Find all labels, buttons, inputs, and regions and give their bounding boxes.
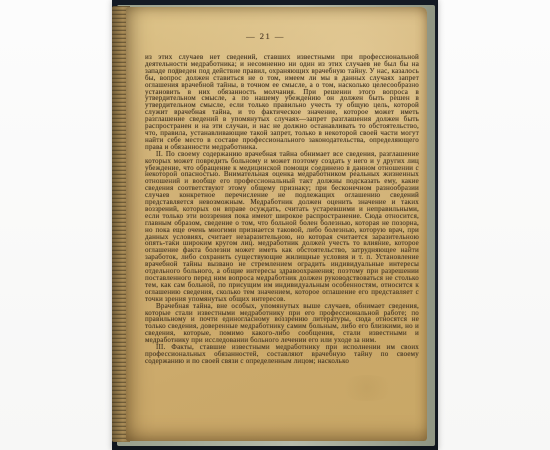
- page-number: — 21 —: [126, 31, 405, 41]
- page-text: из этих случаев нет сведений, ставших из…: [145, 54, 419, 365]
- photo-background: — 21 — из этих случаев нет сведений, ста…: [0, 0, 550, 450]
- paper-stain: [337, 375, 397, 401]
- paragraph-2: II. По своему содержанию врачебная тайна…: [145, 151, 419, 303]
- book-page: — 21 — из этих случаев нет сведений, ста…: [126, 7, 427, 441]
- paragraph-3: Врачебная тайна, вне особых, упомянутых …: [145, 303, 419, 344]
- page-surface: — 21 — из этих случаев нет сведений, ста…: [126, 7, 427, 441]
- book: — 21 — из этих случаев нет сведений, ста…: [112, 0, 438, 450]
- paragraph-1: из этих случаев нет сведений, ставших из…: [145, 54, 419, 151]
- paragraph-4: III. Факты, ставшие известными медработн…: [145, 344, 419, 365]
